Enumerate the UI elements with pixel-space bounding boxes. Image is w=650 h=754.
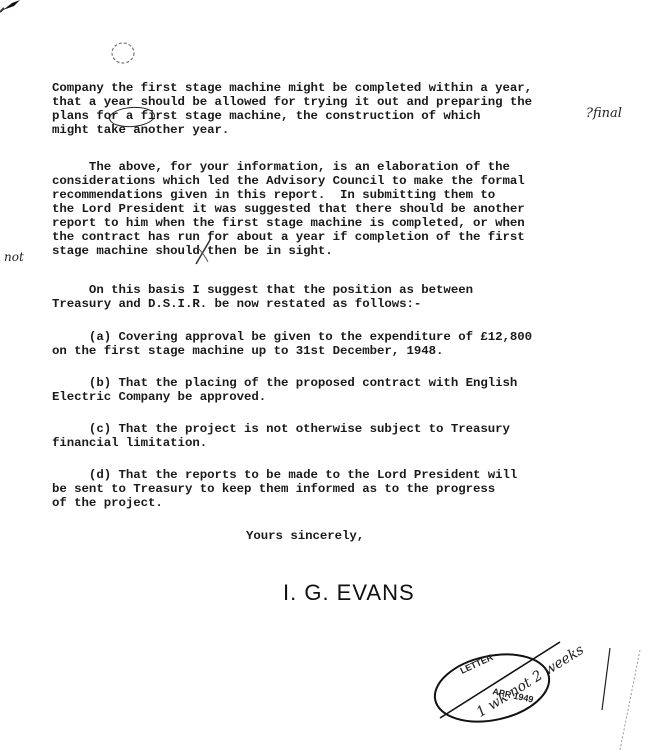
paragraph-1-line-2: that a year should be allowed for trying… xyxy=(52,96,532,108)
paragraph-3-line-1: On this basis I suggest that the positio… xyxy=(52,284,473,296)
item-d-line-3: of the project. xyxy=(52,497,163,509)
corner-ink-mark xyxy=(0,0,30,14)
stamp-label: LETTER xyxy=(459,652,495,676)
scanned-letter-page: Company the first stage machine might be… xyxy=(0,0,650,754)
item-b-line-2: Electric Company be approved. xyxy=(52,391,266,403)
paragraph-1-line-1: Company the first stage machine might be… xyxy=(52,82,532,94)
margin-note-left: not xyxy=(4,250,24,264)
punch-hole-mark xyxy=(108,40,140,68)
closing-salutation: Yours sincerely, xyxy=(246,530,364,542)
paragraph-2-line-6: the contract has run for about a year if… xyxy=(52,231,525,243)
paragraph-2-line-5: report to him when the first stage machi… xyxy=(52,217,525,229)
item-c-line-1: (c) That the project is not otherwise su… xyxy=(52,423,510,435)
received-stamp: LETTER APR 1949 xyxy=(430,640,650,754)
margin-note-right: ?final xyxy=(586,106,622,121)
paragraph-2-line-4: the Lord President it was suggested that… xyxy=(52,203,525,215)
item-a-line-2: on the first stage machine up to 31st De… xyxy=(52,345,443,357)
item-a-line-1: (a) Covering approval be given to the ex… xyxy=(52,331,532,343)
paragraph-1-line-4: might take another year. xyxy=(52,124,229,136)
paragraph-3-line-2: Treasury and D.S.I.R. be now restated as… xyxy=(52,298,421,310)
handwritten-strike-mark xyxy=(192,238,218,266)
item-d-line-2: be sent to Treasury to keep them informe… xyxy=(52,483,495,495)
signature-name: I. G. EVANS xyxy=(283,580,415,606)
item-b-line-1: (b) That the placing of the proposed con… xyxy=(52,377,517,389)
paragraph-2-line-3: recommendations given in this report. In… xyxy=(52,189,495,201)
paragraph-2-line-2: considerations which led the Advisory Co… xyxy=(52,175,525,187)
paragraph-2-line-1: The above, for your information, is an e… xyxy=(52,161,510,173)
item-c-line-2: financial limitation. xyxy=(52,437,207,449)
item-d-line-1: (d) That the reports to be made to the L… xyxy=(52,469,517,481)
